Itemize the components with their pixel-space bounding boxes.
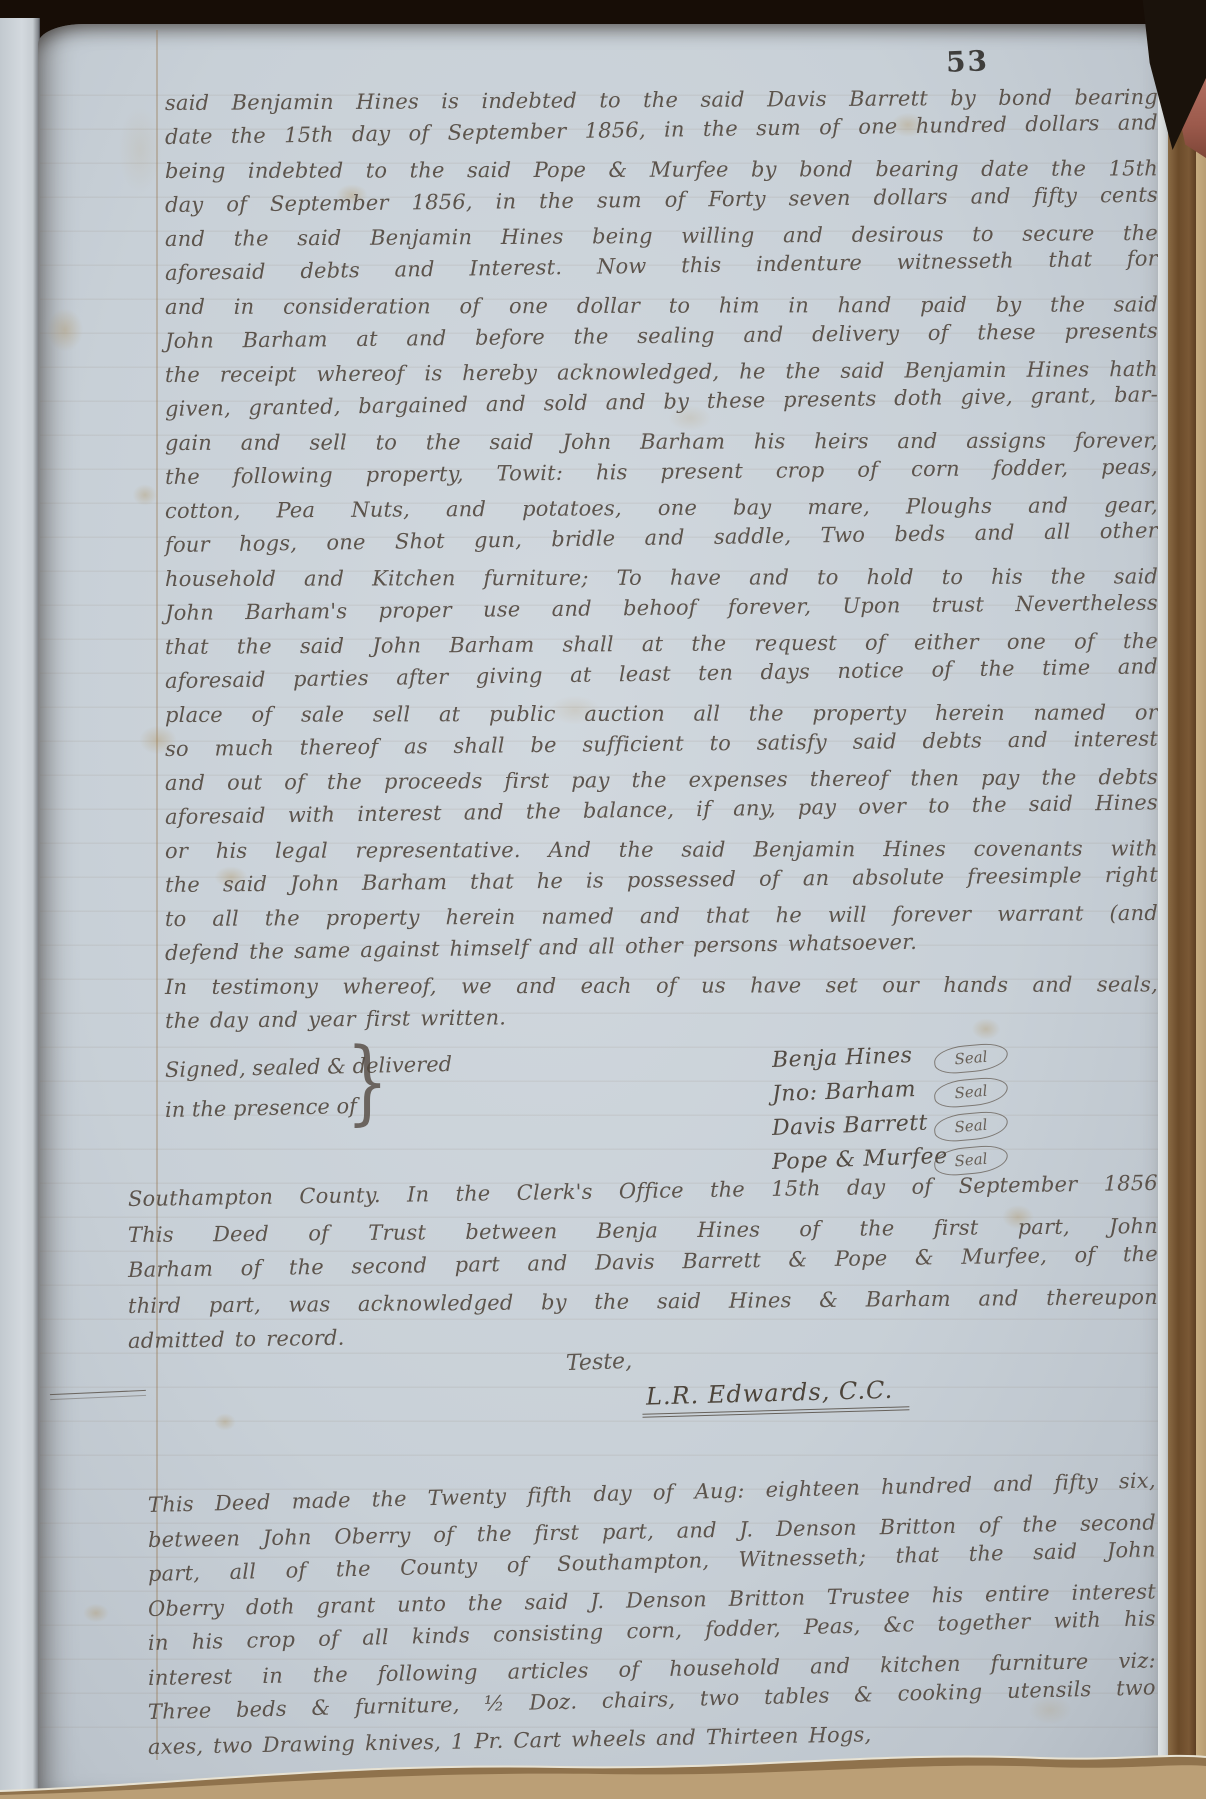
signature-block: Benja Hines Seal Jno: Barham Seal Davis … xyxy=(772,1044,948,1180)
signature-row: Benja Hines Seal xyxy=(772,1044,948,1078)
witness-line: in the presence of xyxy=(165,1083,506,1130)
facing-page-edge xyxy=(0,18,40,1799)
clerk-signature: L.R. Edwards, C.C. xyxy=(642,1374,910,1417)
deed1-body-text: said Benjamin Hines is indebted to the s… xyxy=(165,86,1158,1038)
binding-cloth xyxy=(1196,20,1206,1799)
teste-label: Teste, xyxy=(566,1349,633,1378)
signature: Jno: Barham xyxy=(771,1073,916,1112)
stain xyxy=(128,480,162,510)
clerk-attestation-text: Southampton County. In the Clerk's Offic… xyxy=(128,1182,1158,1360)
stain xyxy=(210,1410,240,1434)
page-number: 53 xyxy=(946,47,990,76)
signature: Davis Barrett xyxy=(771,1107,928,1146)
witness-brace: } xyxy=(346,1036,388,1128)
witness-clause: Signed, sealed & delivered in the presen… xyxy=(165,1050,505,1130)
signature: Benja Hines xyxy=(771,1039,913,1078)
stain xyxy=(110,90,170,210)
stain xyxy=(40,300,90,360)
bottom-page-edge xyxy=(0,1741,1206,1799)
book-page-edges xyxy=(1168,26,1198,1799)
deed2-body-text: This Deed made the Twenty fifth day of A… xyxy=(148,1488,1156,1764)
deed-book-photograph: 53 said Benjamin Hines is indebted to th… xyxy=(0,0,1206,1799)
stain xyxy=(78,1600,114,1626)
